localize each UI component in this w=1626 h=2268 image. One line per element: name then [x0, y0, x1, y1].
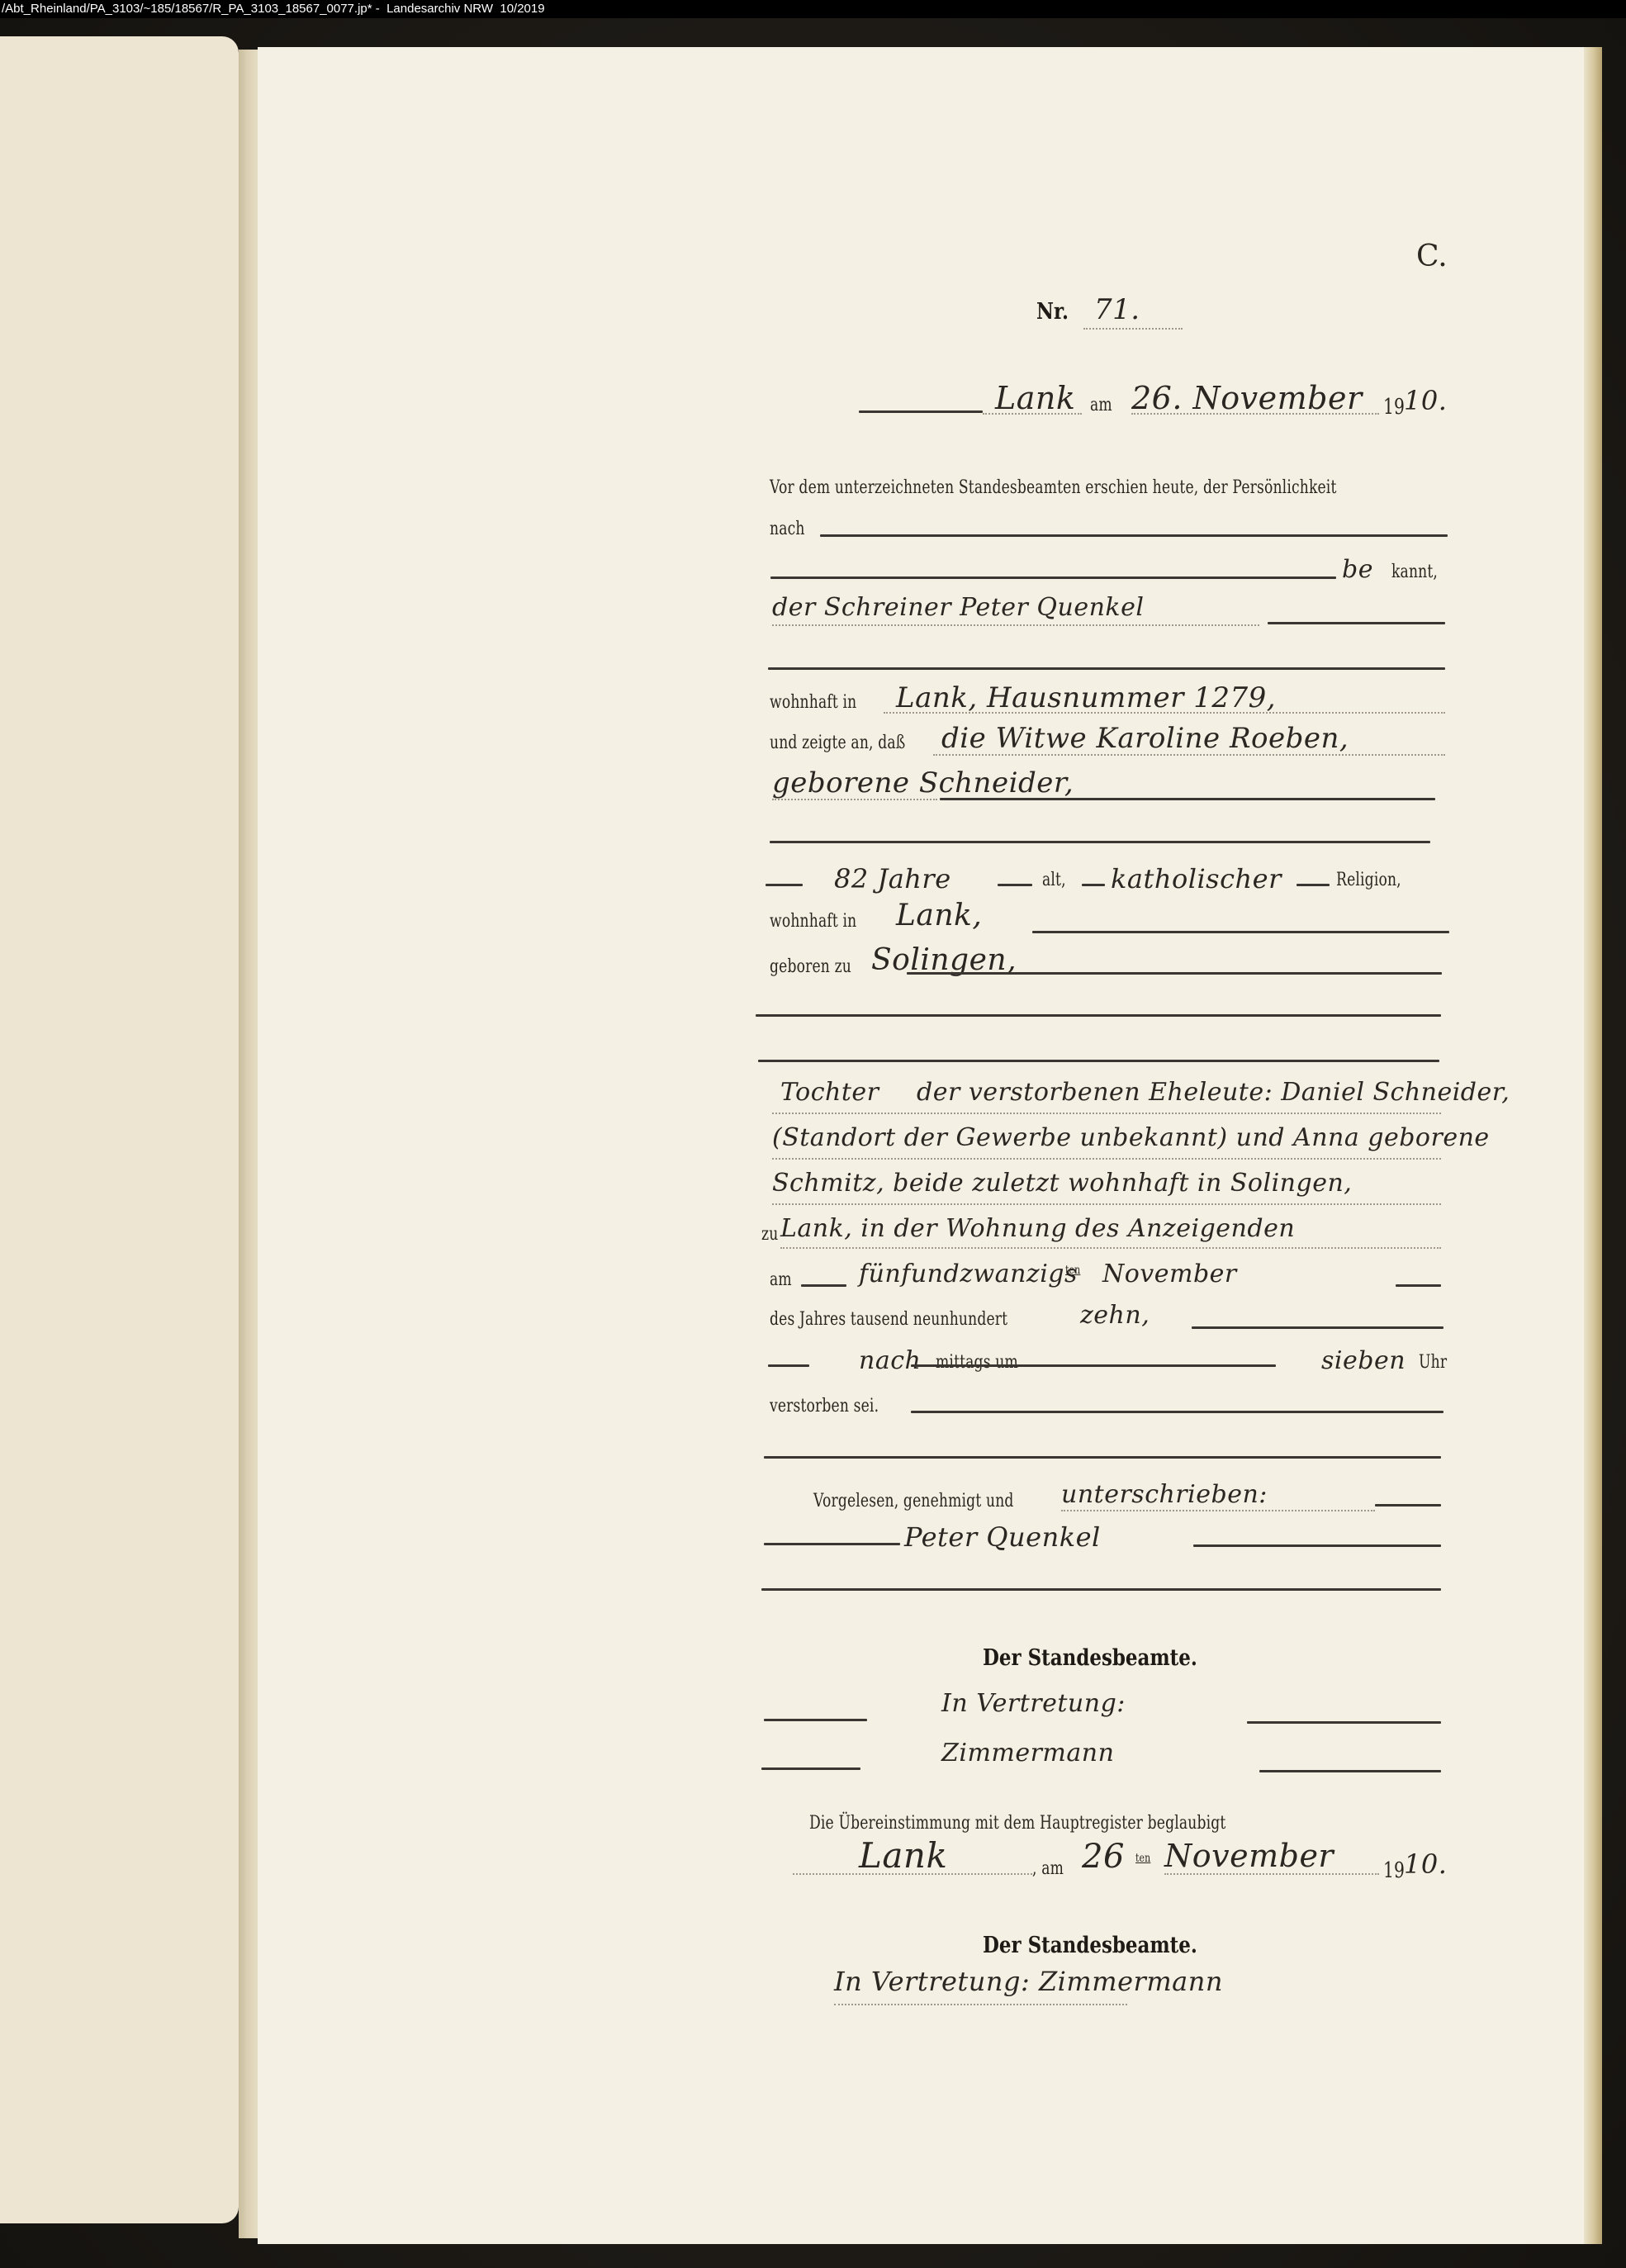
rule — [1032, 931, 1449, 933]
record-number-value: 71. — [1094, 293, 1140, 326]
rule — [1078, 1364, 1276, 1367]
dots — [772, 1203, 1441, 1205]
announcement-value-2: geborene Schneider, — [772, 766, 1074, 799]
place-value: Lank — [995, 380, 1075, 416]
rule — [764, 1456, 1441, 1459]
verstorben-label: verstorben sei. — [770, 1396, 879, 1416]
parents-line-1: der verstorbenen Eheleute: Daniel Schnei… — [917, 1078, 1510, 1107]
window-title-bar: /Abt_Rheinland/PA_3103/~185/18567/R_PA_3… — [0, 0, 1626, 18]
residence-label: wohnhaft in — [770, 692, 856, 713]
hour-value: sieben — [1321, 1346, 1406, 1375]
cert-year-prefix: 19 — [1383, 1858, 1405, 1883]
rule — [768, 667, 1445, 670]
announcement-value-1: die Witwe Karoline Roeben, — [941, 722, 1349, 755]
year-value: zehn, — [1080, 1301, 1150, 1330]
time-part-value: nach — [859, 1346, 921, 1375]
bekannt-label: kannt, — [1391, 562, 1438, 582]
rule — [1268, 622, 1445, 624]
rule — [768, 1364, 809, 1367]
read-label: Vorgelesen, genehmigt und — [813, 1491, 1014, 1511]
rule — [998, 884, 1032, 886]
record-number-label: Nr. — [1036, 299, 1069, 325]
nach-label: nach — [770, 519, 805, 539]
dots — [834, 2004, 1127, 2005]
parents-line-2: (Standort der Gewerbe unbekannt) und Ann… — [772, 1123, 1490, 1152]
mittags-label: mittags um — [936, 1352, 1018, 1373]
rule — [1247, 1721, 1441, 1724]
am-label: am — [1090, 395, 1112, 415]
certification-text: Die Übereinstimmung mit dem Hauptregiste… — [809, 1813, 1225, 1834]
zu-label: zu — [761, 1224, 778, 1245]
cert-month: November — [1164, 1838, 1334, 1874]
age-value: 82 Jahre — [834, 863, 951, 894]
rule — [859, 410, 983, 413]
dots — [884, 712, 1445, 714]
rule — [911, 1411, 1443, 1413]
cert-am-label: , am — [1032, 1858, 1064, 1879]
rule — [907, 972, 1442, 975]
religion-label: Religion, — [1336, 870, 1401, 890]
deceased-residence-value: Lank, — [896, 899, 982, 932]
register-letter: C. — [1416, 240, 1448, 273]
informant-signature: Peter Quenkel — [904, 1521, 1101, 1553]
registrar2-title: Der Standesbeamte. — [983, 1933, 1197, 1958]
dots — [772, 1158, 1441, 1160]
rule — [764, 1719, 867, 1721]
am-label: am — [770, 1269, 792, 1290]
dots — [983, 413, 1082, 415]
cert-ten-label: ten — [1135, 1852, 1150, 1865]
death-day-value: fünfundzwanzigs — [859, 1260, 1078, 1288]
dots — [772, 1113, 1441, 1114]
dots — [772, 624, 1259, 626]
alt-label: alt, — [1042, 870, 1066, 890]
rule — [801, 1284, 846, 1287]
dots — [1061, 1510, 1375, 1511]
death-place-value: Lank, in der Wohnung des Anzeigenden — [780, 1214, 1295, 1243]
rule — [1297, 884, 1330, 886]
rule — [1396, 1284, 1441, 1287]
registrar2-signature: In Vertretung: Zimmermann — [834, 1966, 1223, 1997]
rule — [766, 884, 803, 886]
birthplace-label: geboren zu — [770, 956, 851, 977]
uhr-label: Uhr — [1419, 1352, 1447, 1373]
rule — [761, 1588, 1441, 1591]
rule — [770, 841, 1430, 843]
parents-relation: Tochter — [780, 1078, 879, 1107]
registrar-line-1: In Vertretung: — [941, 1689, 1126, 1718]
year-prefix: 19 — [1383, 395, 1405, 420]
cert-year-suffix: 10. — [1404, 1848, 1447, 1880]
rule — [770, 576, 1336, 579]
parents-line-3: Schmitz, beide zuletzt wohnhaft in Solin… — [772, 1169, 1352, 1198]
ten-label: ten — [1065, 1264, 1080, 1277]
registrar-title: Der Standesbeamte. — [983, 1645, 1197, 1671]
read-value: unterschrieben: — [1061, 1480, 1268, 1509]
religion-value: katholischer — [1111, 863, 1282, 894]
rule — [761, 1767, 860, 1770]
residence-value: Lank, Hausnummer 1279, — [896, 681, 1276, 714]
intro-line: Vor dem unterzeichneten Standesbeamten e… — [770, 477, 1337, 498]
dots — [1131, 413, 1379, 415]
rule — [1192, 1326, 1443, 1329]
death-month-value: November — [1102, 1260, 1237, 1288]
rule — [764, 1543, 900, 1545]
announcement-label: und zeigte an, daß — [770, 733, 905, 753]
death-record-form: C. Nr. 71. Lank am 26. November 19 10. V… — [0, 0, 1626, 2268]
cert-place: Lank — [859, 1835, 947, 1876]
cert-day: 26 — [1082, 1838, 1125, 1876]
rule — [1193, 1544, 1441, 1547]
rule — [758, 1060, 1439, 1062]
dots — [1164, 1873, 1379, 1875]
dots — [780, 1247, 1441, 1249]
registrar-line-2: Zimmermann — [941, 1739, 1114, 1767]
rule — [940, 798, 1435, 800]
rule — [1259, 1770, 1441, 1772]
deceased-residence-label: wohnhaft in — [770, 911, 856, 932]
year-label: des Jahres tausend neunhundert — [770, 1309, 1007, 1330]
rule — [1375, 1504, 1441, 1506]
bekannt-hand: be — [1342, 555, 1373, 584]
dots — [933, 754, 1445, 756]
rule — [1082, 884, 1105, 886]
rule — [820, 534, 1448, 537]
date-value: 26. November — [1131, 380, 1363, 416]
informant-value: der Schreiner Peter Quenkel — [772, 593, 1144, 622]
year-suffix: 10. — [1404, 385, 1447, 416]
rule — [756, 1014, 1441, 1017]
dots — [772, 799, 937, 800]
record-number-dots — [1083, 328, 1183, 330]
